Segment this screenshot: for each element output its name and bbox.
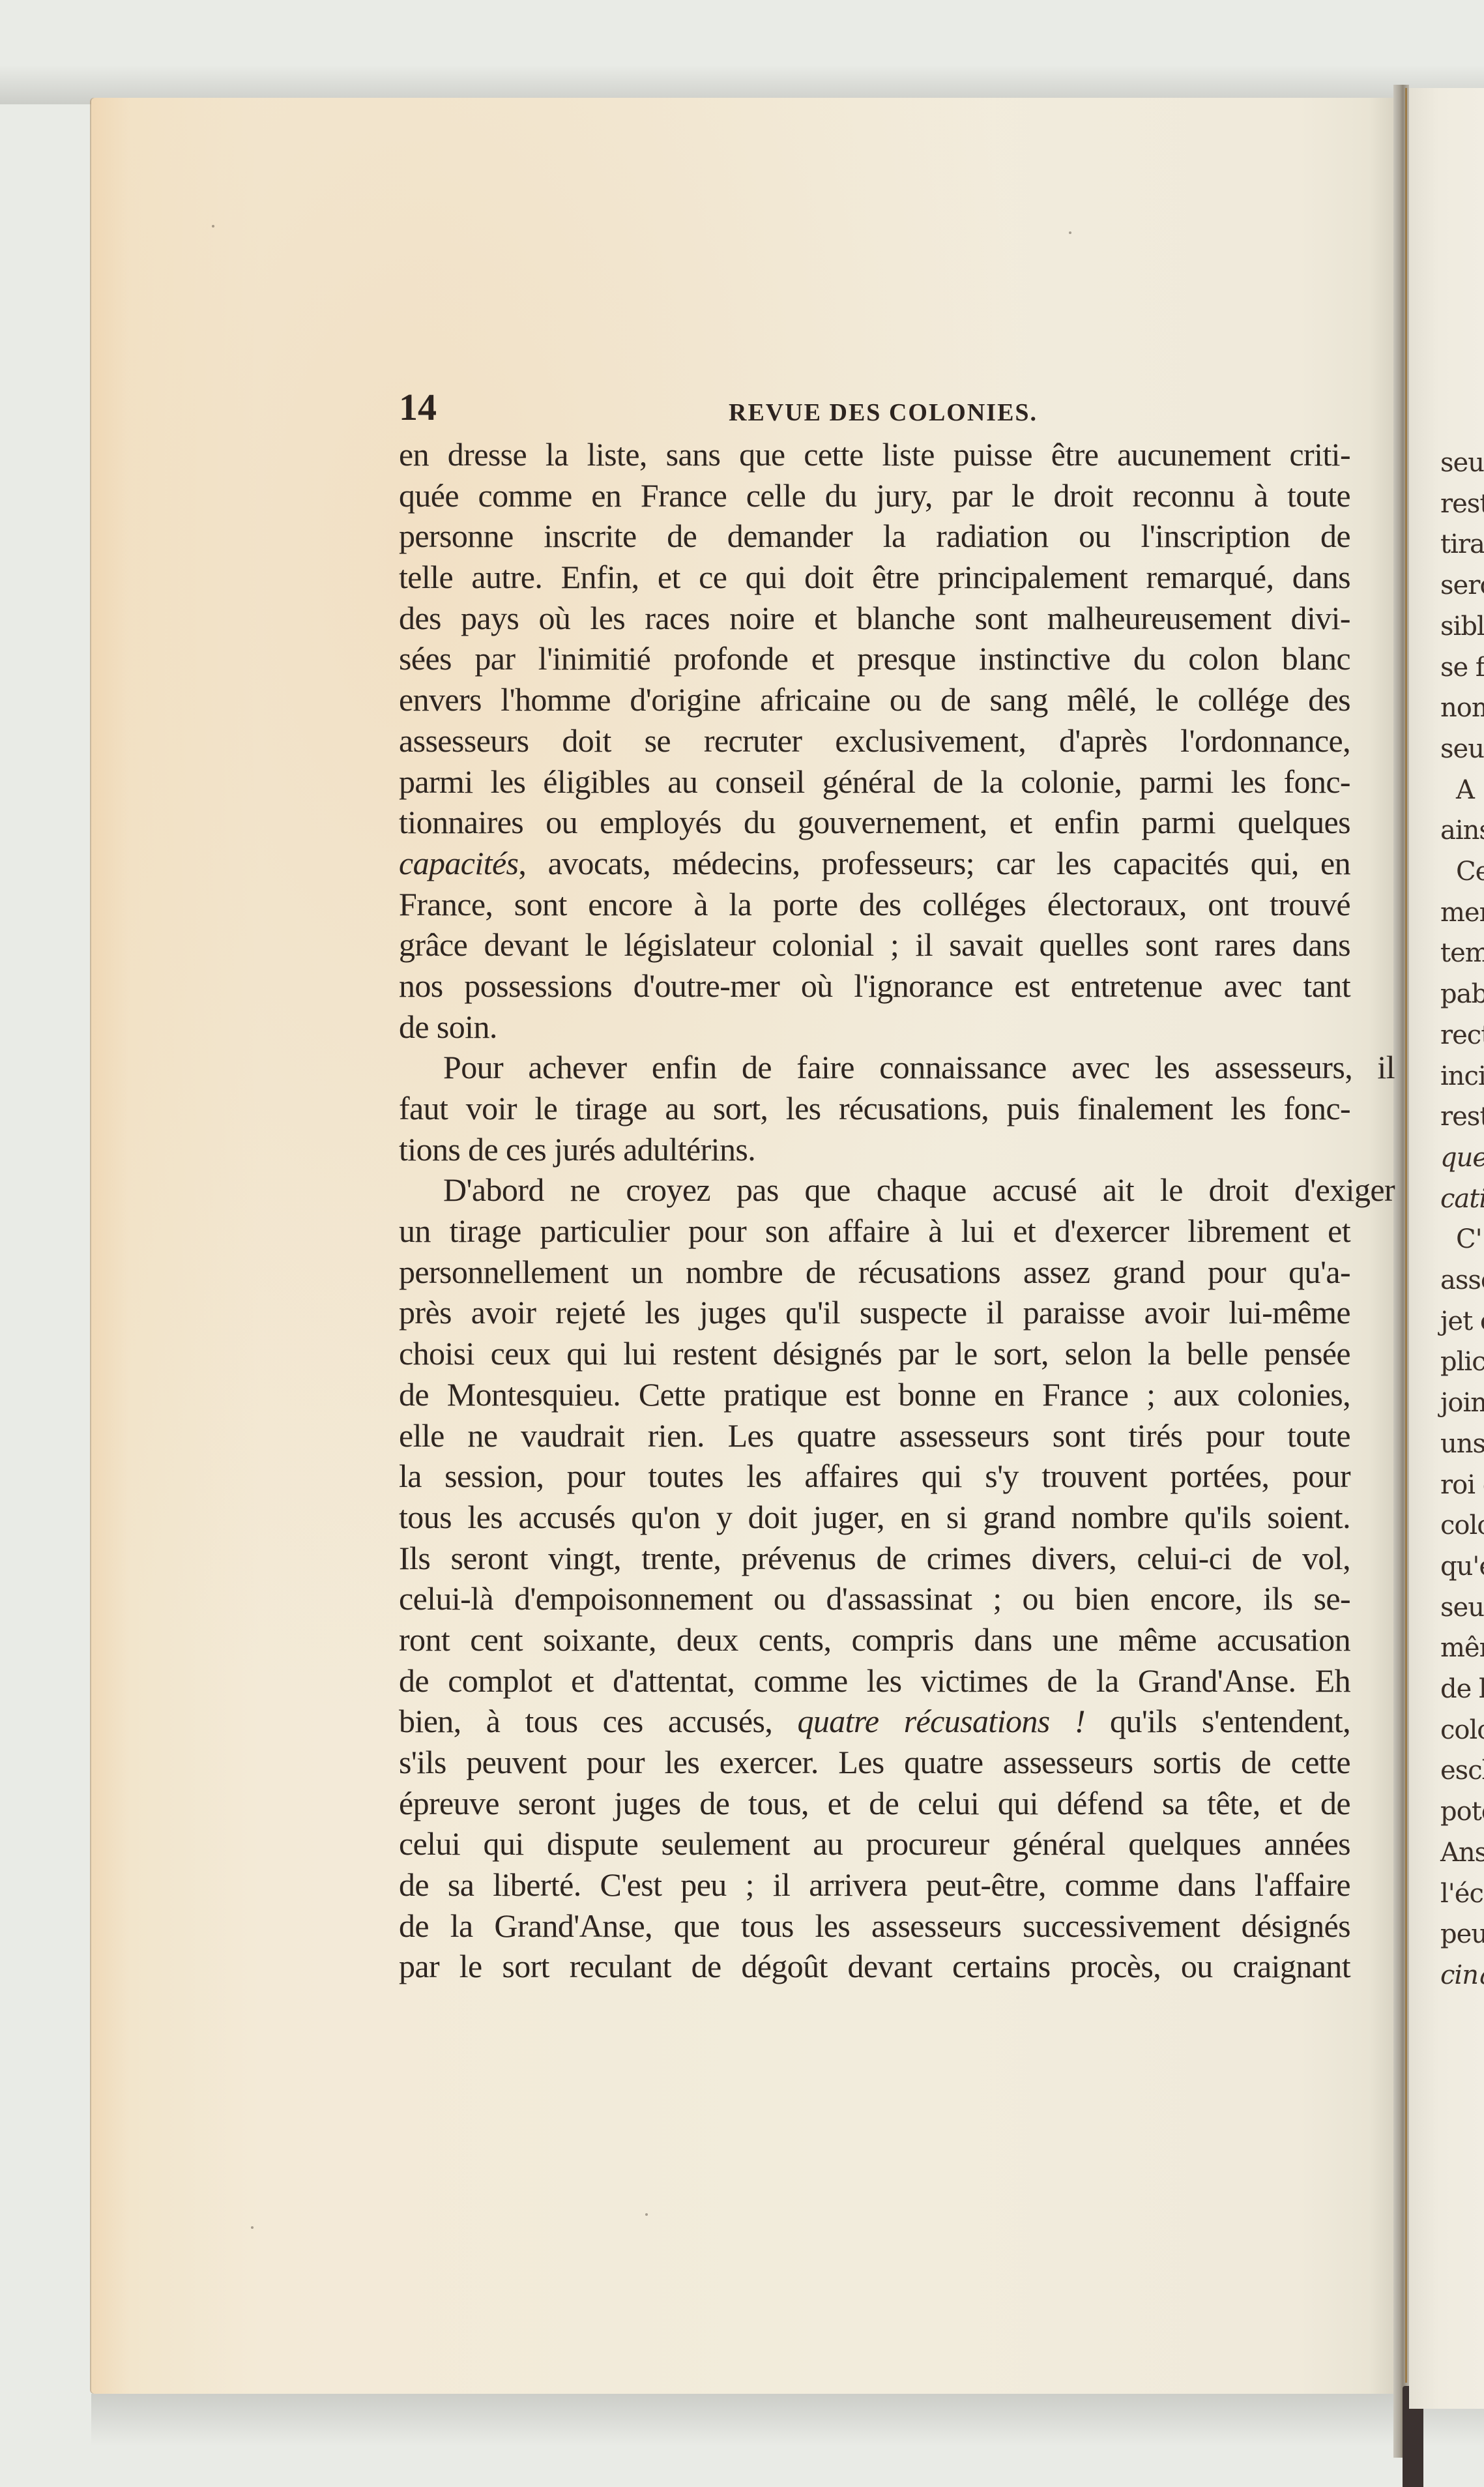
text-segment: s'ils peuvent pour les exercer. Les quat… <box>399 1744 1350 1780</box>
text-segment: celui qui dispute seulement au procureur… <box>399 1825 1350 1862</box>
text-line: sées par l'inimitié profonde et presque … <box>399 638 1350 679</box>
text-segment: de complot et d'attentat, comme les vict… <box>399 1662 1350 1699</box>
facing-page-line-fragment: colon <box>1440 1506 1484 1546</box>
text-line: ront cent soixante, deux cents, compris … <box>399 1619 1350 1660</box>
text-segment: de soin. <box>399 1008 497 1045</box>
facing-page-line-fragment: joint <box>1440 1383 1484 1423</box>
facing-page-line-fragment: recti <box>1440 1016 1484 1055</box>
text-line: de soin. <box>399 1007 1350 1048</box>
facing-page-line-fragment: C' <box>1456 1220 1482 1259</box>
facing-page-line-fragment: escla <box>1440 1751 1484 1791</box>
facing-page-line-fragment: reste <box>1440 484 1484 524</box>
text-line: elle ne vaudrait rien. Les quatre assess… <box>399 1415 1350 1456</box>
paper-speck <box>212 225 214 228</box>
facing-page-line-fragment: Anse <box>1440 1833 1484 1873</box>
facing-page-line-fragment: poter <box>1440 1792 1484 1832</box>
text-segment: telle autre. Enfin, et ce qui doit être … <box>399 559 1350 595</box>
text-segment: par le sort reculant de dégoût devant ce… <box>399 1948 1350 1984</box>
text-line: de complot et d'attentat, comme les vict… <box>399 1660 1350 1701</box>
facing-page-line-fragment: colon <box>1440 1711 1484 1750</box>
facing-page-line-fragment: roi e <box>1440 1465 1484 1505</box>
text-line: près avoir rejeté les juges qu'il suspec… <box>399 1292 1350 1333</box>
facing-page-line-fragment: catio <box>1440 1179 1484 1219</box>
text-line: nos possessions d'outre-mer où l'ignoran… <box>399 965 1350 1007</box>
text-segment: personnellement un nombre de récusations… <box>399 1254 1350 1290</box>
text-segment: D'abord ne croyez pas que chaque accusé … <box>443 1171 1395 1208</box>
text-line: grâce devant le législateur colonial ; i… <box>399 924 1350 965</box>
text-segment: des pays où les races noire et blanche s… <box>399 600 1350 636</box>
text-line: assesseurs doit se recruter exclusivemen… <box>399 720 1350 761</box>
text-line: de Montesquieu. Cette pratique est bonne… <box>399 1374 1350 1415</box>
text-segment: elle ne vaudrait rien. Les quatre assess… <box>399 1417 1350 1454</box>
text-segment: envers l'homme d'origine africaine ou de… <box>399 681 1350 718</box>
facing-page-line-fragment: ainsi <box>1440 811 1484 851</box>
facing-page-line-fragment: jet e <box>1440 1302 1484 1342</box>
facing-page-line-fragment: incid <box>1440 1057 1484 1096</box>
facing-page-line-fragment: sero <box>1440 566 1484 606</box>
text-line: celui-là d'empoisonnement ou d'assassina… <box>399 1578 1350 1619</box>
facing-page-line-fragment: seur <box>1440 1588 1484 1628</box>
text-line: parmi les éligibles au conseil général d… <box>399 761 1350 802</box>
text-segment: bien, à tous ces accusés, <box>399 1703 797 1739</box>
text-segment: Ils seront vingt, trente, prévenus de cr… <box>399 1540 1350 1576</box>
paper-speck <box>251 2226 254 2229</box>
paper-speck <box>645 2213 648 2216</box>
text-line: D'abord ne croyez pas que chaque accusé … <box>399 1170 1395 1211</box>
facing-page-line-fragment: seul <box>1440 443 1484 483</box>
facing-page-line-fragment: mêm <box>1440 1628 1484 1668</box>
facing-page-line-fragment: qu'el <box>1440 1547 1484 1587</box>
text-segment: quée comme en France celle du jury, par … <box>399 477 1350 514</box>
running-head: REVUE DES COLONIES. <box>729 396 1038 429</box>
text-segment: parmi les éligibles au conseil général d… <box>399 763 1350 800</box>
text-segment: en dresse la liste, sans que cette liste… <box>399 436 1350 473</box>
text-line: épreuve seront juges de tous, et de celu… <box>399 1783 1350 1824</box>
facing-page-line-fragment: reste <box>1440 1097 1484 1137</box>
text-segment: de sa liberté. C'est peu ; il arrivera p… <box>399 1866 1350 1903</box>
text-line: un tirage particulier pour son affaire à… <box>399 1211 1350 1252</box>
text-segment: nos possessions d'outre-mer où l'ignoran… <box>399 967 1350 1004</box>
text-segment: de Montesquieu. Cette pratique est bonne… <box>399 1376 1350 1413</box>
facing-page-line-fragment: pabi <box>1440 975 1484 1014</box>
text-line: s'ils peuvent pour les exercer. Les quat… <box>399 1742 1350 1783</box>
facing-page-line-fragment: A <box>1456 771 1474 810</box>
text-line: de sa liberté. C'est peu ; il arrivera p… <box>399 1864 1350 1906</box>
text-segment: tous les accusés qu'on y doit juger, en … <box>399 1499 1350 1535</box>
facing-page-line-fragment: sible <box>1440 607 1484 647</box>
text-segment: celui-là d'empoisonnement ou d'assassina… <box>399 1580 1350 1617</box>
text-segment: assesseurs doit se recruter exclusivemen… <box>399 722 1350 759</box>
facing-page-line-fragment: men <box>1440 893 1484 933</box>
facing-page-line-fragment: nom <box>1440 688 1484 728</box>
text-line: tous les accusés qu'on y doit juger, en … <box>399 1497 1350 1538</box>
facing-page-fragment: seulrestetiragserosiblese fenomseurAains… <box>1409 88 1484 2409</box>
text-segment: de la Grand'Anse, que tous les assesseur… <box>399 1907 1350 1944</box>
text-line: choisi ceux qui lui restent désignés par… <box>399 1333 1350 1374</box>
text-line: de la Grand'Anse, que tous les assesseur… <box>399 1906 1350 1947</box>
text-segment: personne inscrite de demander la radiati… <box>399 518 1350 554</box>
body-text: en dresse la liste, sans que cette liste… <box>399 434 1350 1987</box>
facing-page-line-fragment: se fe <box>1440 648 1484 688</box>
text-line: faut voir le tirage au sort, les récusat… <box>399 1088 1350 1129</box>
text-line: tions de ces jurés adultérins. <box>399 1129 1350 1170</box>
text-line: des pays où les races noire et blanche s… <box>399 598 1350 639</box>
facing-page-line-fragment: de la <box>1440 1670 1484 1709</box>
facing-page-line-fragment: uns e <box>1440 1424 1484 1464</box>
text-segment: épreuve seront juges de tous, et de celu… <box>399 1785 1350 1821</box>
text-segment: tionnaires ou employés du gouvernement, … <box>399 804 1350 840</box>
facing-page-line-fragment: cinq <box>1440 1956 1484 1995</box>
text-line: tionnaires ou employés du gouvernement, … <box>399 802 1350 843</box>
text-segment: tions de ces jurés adultérins. <box>399 1131 755 1168</box>
facing-page-line-fragment: temp <box>1440 934 1484 973</box>
text-segment: , avocats, médecins, professeurs; car le… <box>518 845 1350 881</box>
text-segment: sées par l'inimitié profonde et presque … <box>399 640 1350 677</box>
text-line: capacités, avocats, médecins, professeur… <box>399 843 1350 884</box>
text-line: en dresse la liste, sans que cette liste… <box>399 434 1350 475</box>
facing-page-line-fragment: seur <box>1440 729 1484 769</box>
text-segment: choisi ceux qui lui restent désignés par… <box>399 1335 1350 1372</box>
text-line: envers l'homme d'origine africaine ou de… <box>399 679 1350 720</box>
text-line: quée comme en France celle du jury, par … <box>399 475 1350 516</box>
page-number: 14 <box>399 385 437 430</box>
background-shadow-bottom <box>91 2394 1484 2446</box>
paper-speck <box>1069 231 1071 234</box>
text-line: par le sort reculant de dégoût devant ce… <box>399 1946 1350 1987</box>
text-segment: grâce devant le législateur colonial ; i… <box>399 926 1350 963</box>
text-line: France, sont encore à la porte des collé… <box>399 884 1350 925</box>
text-segment: la session, pour toutes les affaires qui… <box>399 1458 1350 1494</box>
text-line: Pour achever enfin de faire connaissance… <box>399 1047 1395 1088</box>
facing-page-line-fragment: ques <box>1440 1138 1484 1178</box>
text-segment: faut voir le tirage au sort, les récusat… <box>399 1090 1350 1126</box>
text-line: la session, pour toutes les affaires qui… <box>399 1456 1350 1497</box>
facing-page-line-fragment: plica <box>1440 1342 1484 1382</box>
text-segment: près avoir rejeté les juges qu'il suspec… <box>399 1294 1350 1331</box>
facing-page-line-fragment: l'éch <box>1440 1874 1484 1914</box>
text-segment: qu'ils s'entendent, <box>1085 1703 1350 1739</box>
italic-emphasis: quatre récusations ! <box>797 1703 1084 1739</box>
gutter-binding-line <box>1405 88 1407 2383</box>
text-line: personne inscrite de demander la radiati… <box>399 516 1350 557</box>
text-segment: France, sont encore à la porte des collé… <box>399 886 1350 922</box>
facing-page-line-fragment: tirag <box>1440 525 1484 565</box>
text-line: celui qui dispute seulement au procureur… <box>399 1823 1350 1864</box>
facing-page-line-fragment: Ce <box>1456 852 1484 892</box>
text-segment: un tirage particulier pour son affaire à… <box>399 1213 1350 1249</box>
text-line: telle autre. Enfin, et ce qui doit être … <box>399 557 1350 598</box>
text-line: bien, à tous ces accusés, quatre récusat… <box>399 1701 1350 1742</box>
text-segment: ront cent soixante, deux cents, compris … <box>399 1621 1350 1658</box>
facing-page-line-fragment: asses <box>1440 1261 1484 1301</box>
text-line: personnellement un nombre de récusations… <box>399 1252 1350 1293</box>
text-segment: Pour achever enfin de faire connaissance… <box>443 1049 1395 1085</box>
text-line: Ils seront vingt, trente, prévenus de cr… <box>399 1538 1350 1579</box>
italic-emphasis: capacités <box>399 845 518 881</box>
facing-page-line-fragment: peut <box>1440 1915 1484 1954</box>
